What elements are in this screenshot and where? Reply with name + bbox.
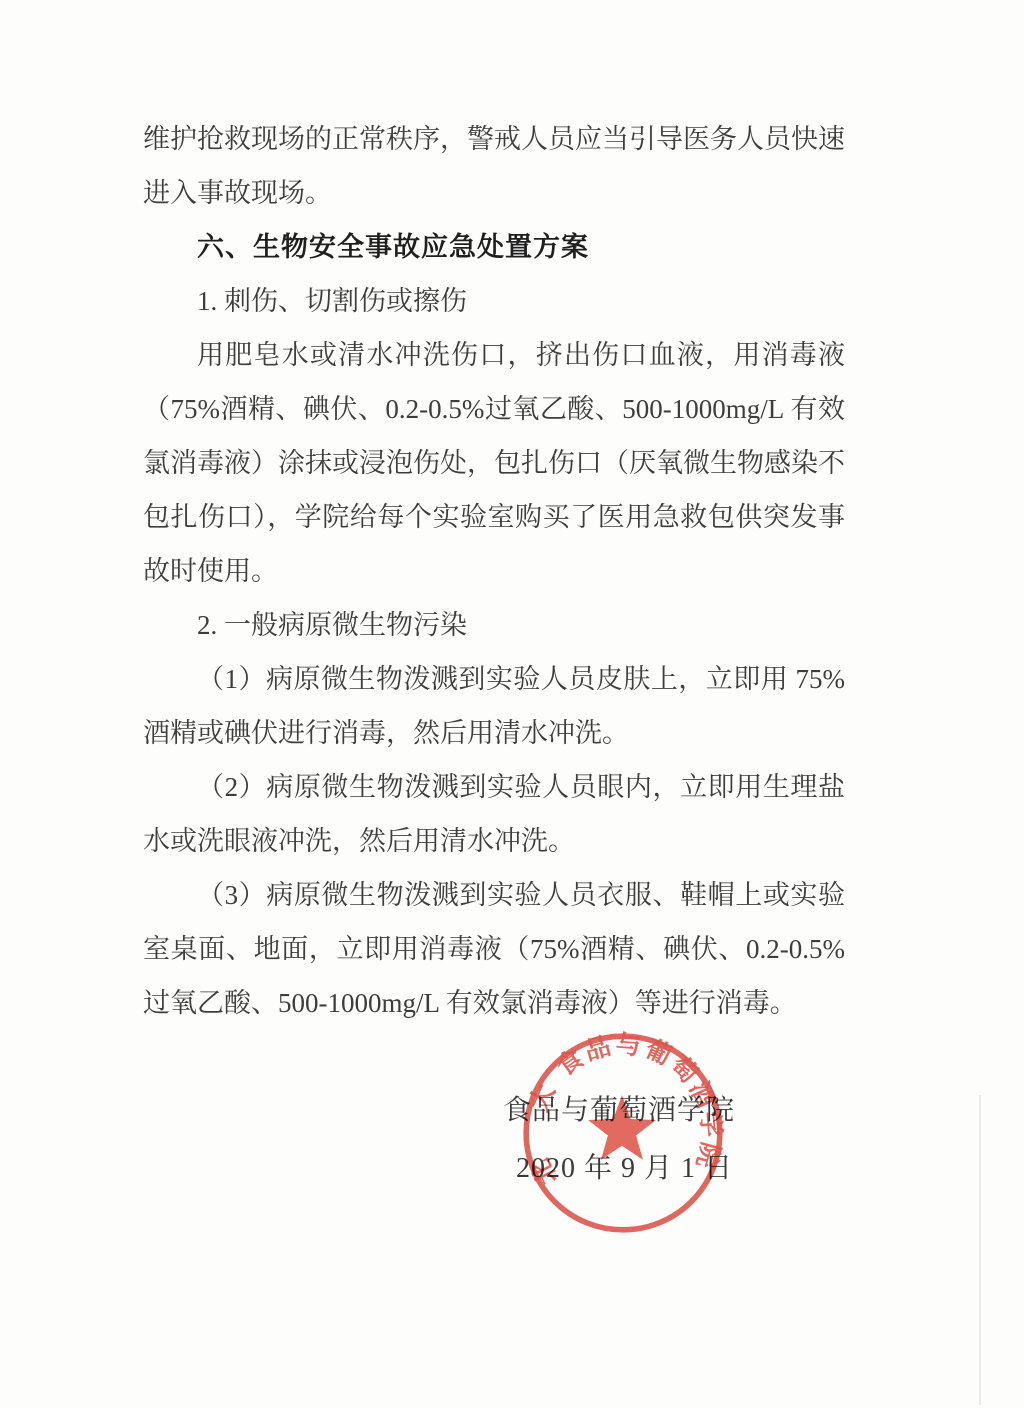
- paragraph-line: （3）病原微生物泼溅到实验人员衣服、鞋帽上或实验: [143, 868, 845, 922]
- official-seal: 北 大 食品与葡萄酒学院: [521, 1028, 725, 1238]
- document-page: 维护抢救现场的正常秩序，警戒人员应当引导医务人员快速 进入事故现场。 六、生物安…: [0, 0, 1024, 1408]
- scan-artifact-line: [979, 1095, 981, 1405]
- list-item-2-title: 2. 一般病原微生物污染: [143, 598, 845, 652]
- paragraph-line: （75%酒精、碘伏、0.2-0.5%过氧乙酸、500-1000mg/L 有效: [143, 382, 845, 436]
- paragraph-line: （2）病原微生物泼溅到实验人员眼内，立即用生理盐: [143, 760, 845, 814]
- paragraph-line: 包扎伤口），学院给每个实验室购买了医用急救包供突发事: [143, 490, 845, 544]
- paragraph-line: 过氧乙酸、500-1000mg/L 有效氯消毒液）等进行消毒。: [143, 976, 845, 1030]
- paragraph-line: 用肥皂水或清水冲洗伤口，挤出伤口血液，用消毒液: [143, 328, 845, 382]
- paragraph-line: 维护抢救现场的正常秩序，警戒人员应当引导医务人员快速: [143, 112, 845, 166]
- section-heading: 六、生物安全事故应急处置方案: [143, 220, 845, 274]
- paragraph-line: 酒精或碘伏进行消毒，然后用清水冲洗。: [143, 706, 845, 760]
- list-item-1-title: 1. 刺伤、切割伤或擦伤: [143, 274, 845, 328]
- paragraph-line: 水或洗眼液冲洗，然后用清水冲洗。: [143, 814, 845, 868]
- paragraph-line: 进入事故现场。: [143, 166, 845, 220]
- star-icon: [588, 1095, 656, 1160]
- paragraph-line: （1）病原微生物泼溅到实验人员皮肤上，立即用 75%: [143, 652, 845, 706]
- document-body: 维护抢救现场的正常秩序，警戒人员应当引导医务人员快速 进入事故现场。 六、生物安…: [143, 112, 845, 1030]
- paragraph-line: 故时使用。: [143, 544, 845, 598]
- paragraph-line: 氯消毒液）涂抹或浸泡伤处，包扎伤口（厌氧微生物感染不: [143, 436, 845, 490]
- paragraph-line: 室桌面、地面，立即用消毒液（75%酒精、碘伏、0.2-0.5%: [143, 922, 845, 976]
